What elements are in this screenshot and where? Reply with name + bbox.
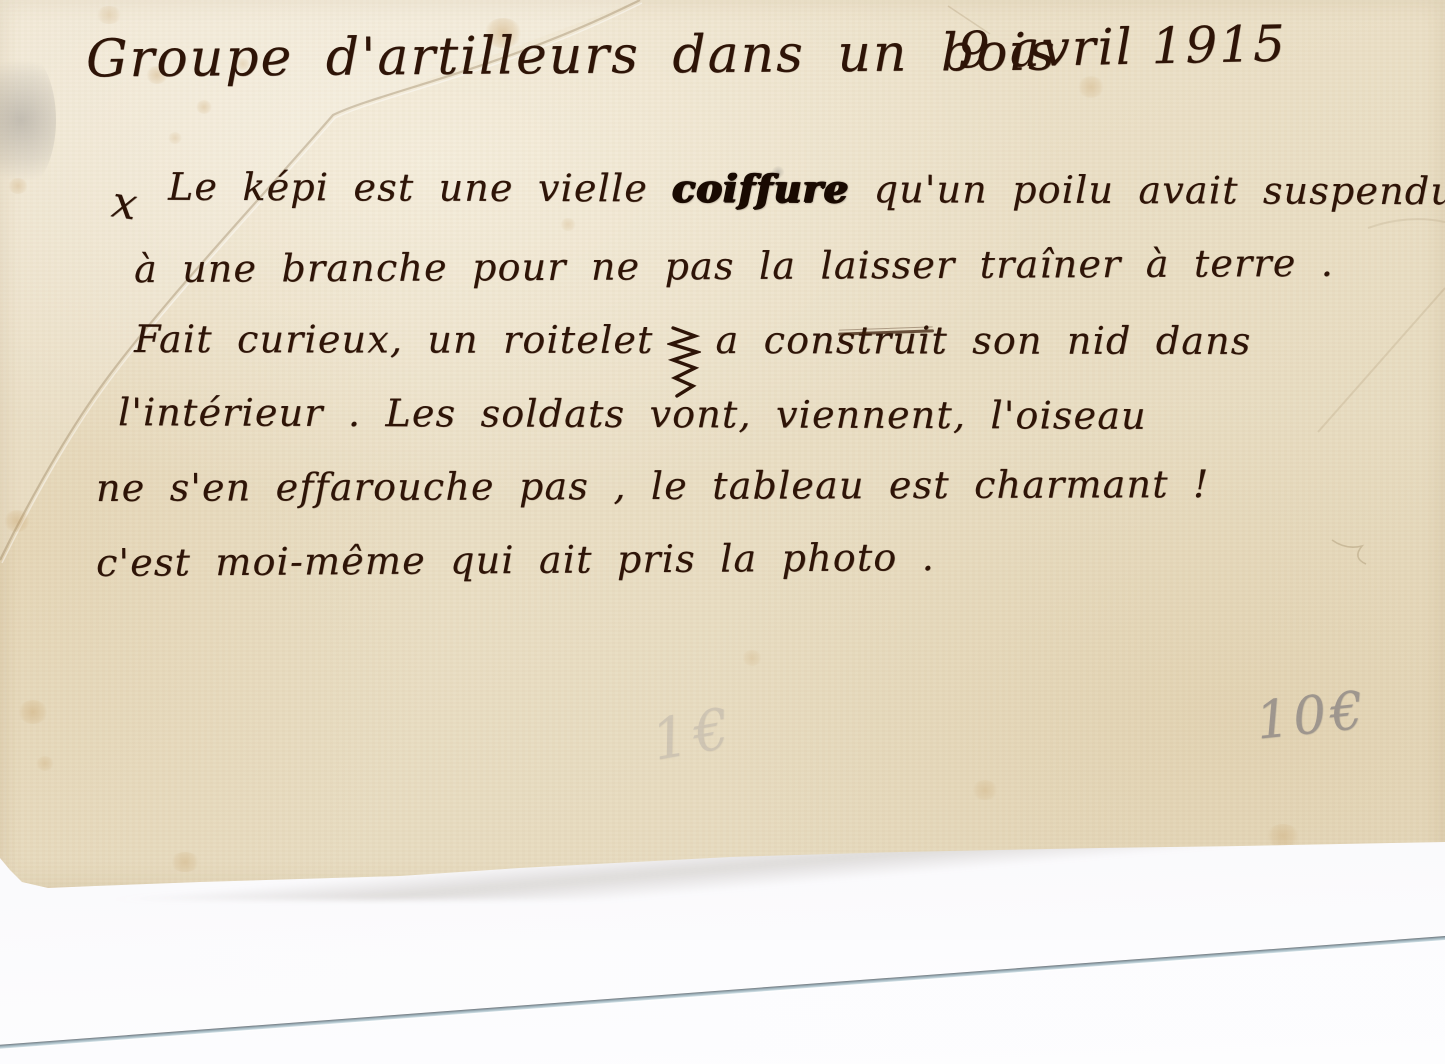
stain — [196, 100, 212, 114]
stain — [972, 780, 998, 800]
stain — [36, 756, 54, 771]
line3-pre: Fait curieux, un roitelet — [134, 317, 654, 362]
stain — [560, 218, 576, 231]
stain — [18, 700, 48, 724]
scan-background: Groupe d'artilleurs dans un bois 9 avril… — [0, 0, 1445, 1064]
line1-pre: Le képi est une vielle — [168, 165, 648, 211]
stain — [1266, 824, 1300, 848]
backing-sheet — [0, 940, 1445, 1064]
stain — [168, 132, 182, 144]
stain — [742, 650, 762, 666]
postcard: Groupe d'artilleurs dans un bois 9 avril… — [0, 0, 1445, 892]
pencil-price-mark: 10€ — [1253, 680, 1370, 751]
body-line-4: l'intérieur . Les soldats vont, viennent… — [118, 390, 1147, 438]
body-line-5: ne s'en effarouche pas , le tableau est … — [96, 462, 1210, 510]
line1-post: qu'un poilu avait suspendue — [874, 167, 1445, 213]
stain — [96, 6, 122, 24]
body-line-1: Le képi est une vielle coiffure qu'un po… — [168, 164, 1445, 214]
body-line-2: à une branche pour ne pas la laisser tra… — [134, 241, 1334, 291]
note-title: Groupe d'artilleurs dans un bois — [86, 23, 1057, 90]
stain — [4, 510, 30, 532]
body-line-6: c'est moi-même qui ait pris la photo . — [96, 535, 935, 585]
stain — [170, 852, 200, 872]
line1-overwritten-word: coiffure — [672, 165, 849, 211]
line3-post: a construit son nid dans — [715, 318, 1251, 363]
stain — [1078, 76, 1104, 98]
note-date: 9 avril 1915 — [957, 15, 1287, 80]
